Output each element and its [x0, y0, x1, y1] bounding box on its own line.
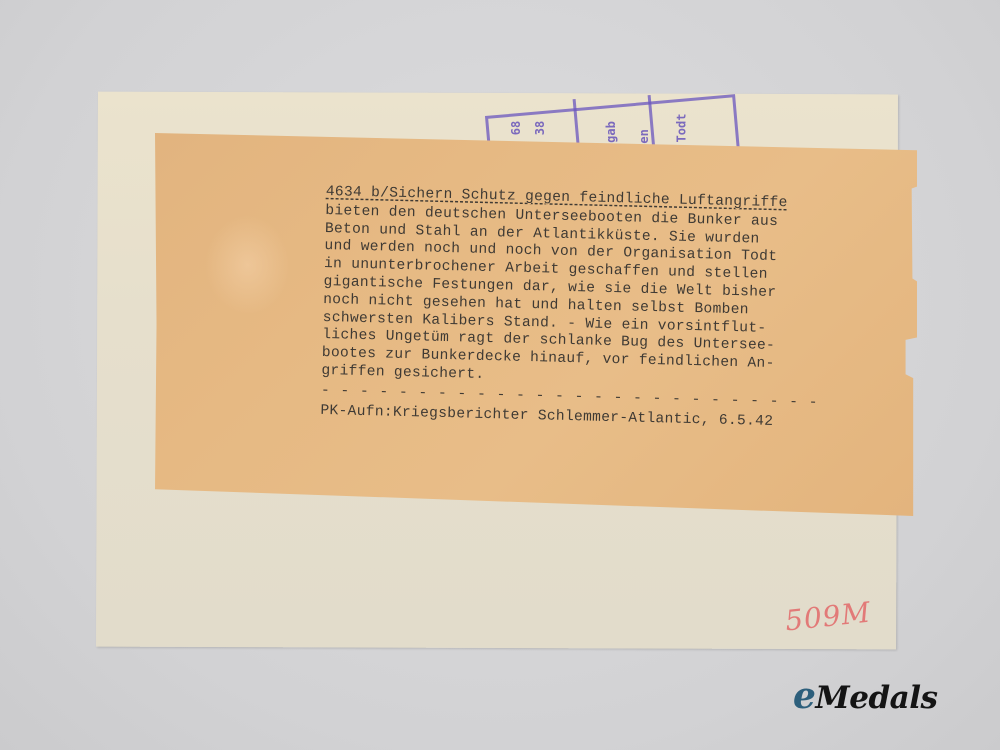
- glue-stain: [205, 215, 290, 315]
- emedals-logo: eMedals: [793, 675, 937, 717]
- logo-name: Medals: [815, 680, 937, 716]
- caption-text: 4634 b/Sichern Schutz gegen feindliche L…: [320, 184, 916, 435]
- logo-prefix: e: [793, 675, 815, 717]
